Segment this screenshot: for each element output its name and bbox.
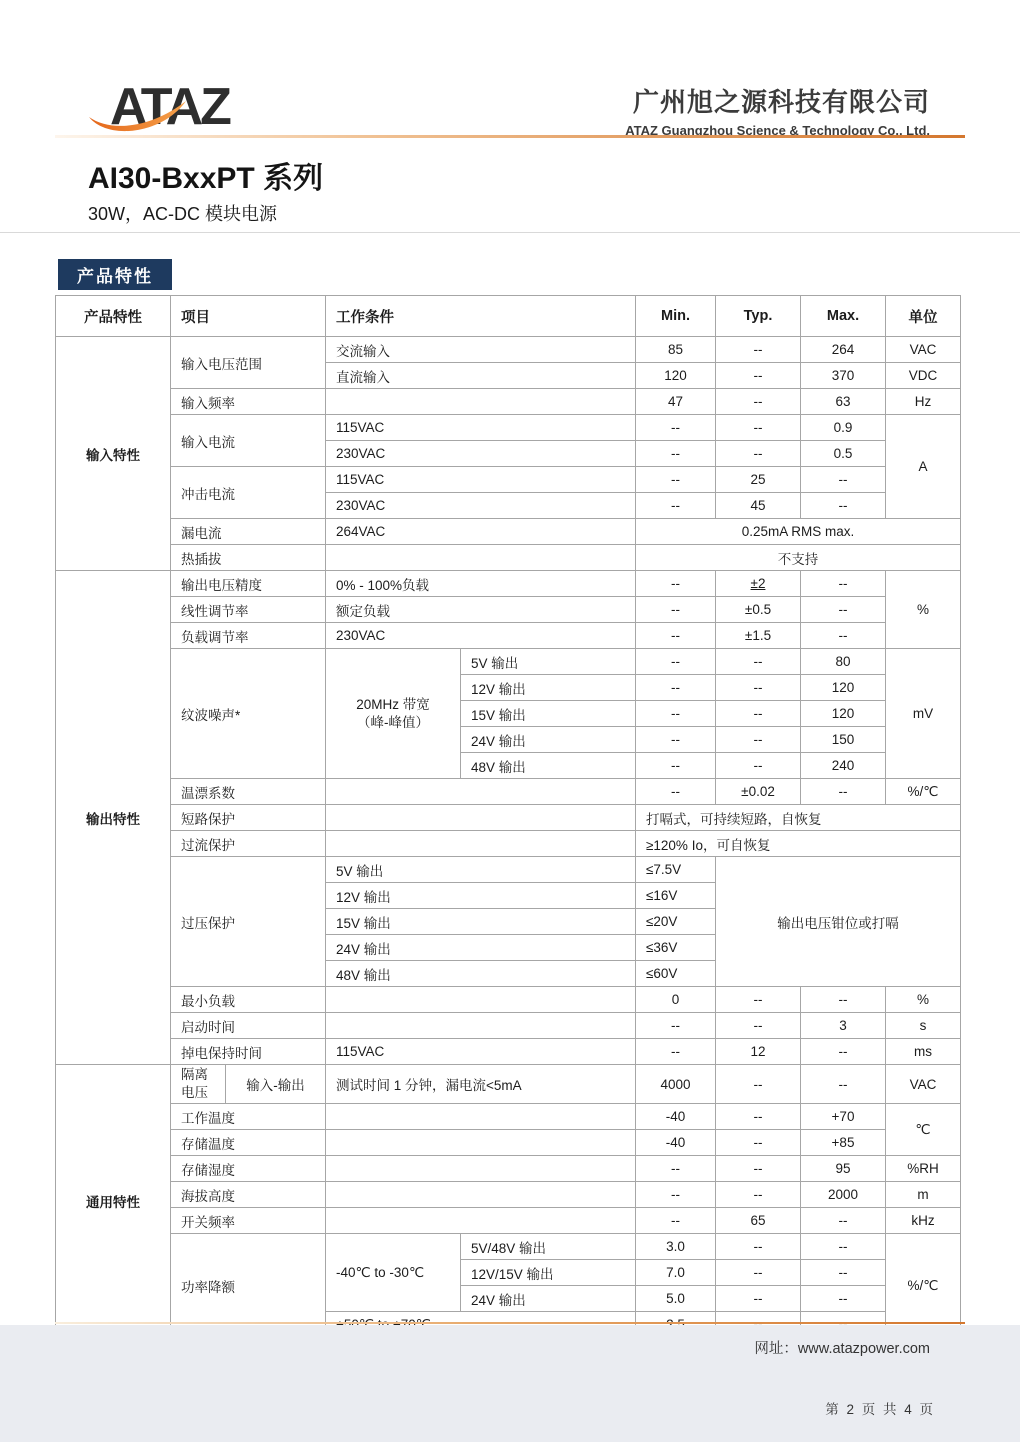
spec-cell: -- [801, 1260, 886, 1286]
spec-cell: ≤36V [636, 935, 716, 961]
header-accent-line [55, 135, 965, 138]
spec-cell: -- [801, 987, 886, 1013]
spec-cell: VDC [886, 363, 961, 389]
spec-cell: -- [636, 467, 716, 493]
spec-cell: -- [716, 363, 801, 389]
datasheet-page: ATAZ 广州旭之源科技有限公司 ATAZ Guangzhou Science … [0, 0, 1020, 1442]
spec-cell: 过流保护 [171, 831, 326, 857]
spec-cell: -40 [636, 1104, 716, 1130]
spec-cell: -- [636, 1208, 716, 1234]
table-row: 海拔高度----2000m [56, 1182, 961, 1208]
spec-cell: 5V 输出 [461, 649, 636, 675]
spec-cell: 15V 输出 [461, 701, 636, 727]
spec-cell: 20MHz 带宽 （峰-峰值） [326, 649, 461, 779]
table-row: 输入电流115VAC----0.9A [56, 415, 961, 441]
header-cell-typ: Typ. [716, 296, 801, 337]
spec-cell [326, 389, 636, 415]
spec-cell: -- [636, 571, 716, 597]
spec-cell: -- [716, 1065, 801, 1104]
spec-cell: 63 [801, 389, 886, 415]
spec-cell: -- [636, 415, 716, 441]
spec-table-header-row: 产品特性 项目 工作条件 Min. Typ. Max. 单位 [56, 296, 961, 337]
spec-cell: A [886, 415, 961, 519]
spec-cell: -- [716, 415, 801, 441]
spec-cell: VAC [886, 1065, 961, 1104]
spec-cell: -- [716, 337, 801, 363]
table-row: 温漂系数--±0.02--%/℃ [56, 779, 961, 805]
spec-cell: -- [716, 649, 801, 675]
spec-cell: -- [636, 1182, 716, 1208]
spec-cell [326, 779, 636, 805]
spec-cell: 5V 输出 [326, 857, 636, 883]
spec-category-cell: 输出特性 [56, 571, 171, 1065]
spec-table-body: 输入特性输入电压范围交流输入85--264VAC直流输入120--370VDC输… [56, 337, 961, 1338]
spec-cell: 3.0 [636, 1234, 716, 1260]
spec-cell: 240 [801, 753, 886, 779]
spec-cell: 0.9 [801, 415, 886, 441]
spec-cell: 0% - 100%负载 [326, 571, 636, 597]
spec-cell: 85 [636, 337, 716, 363]
spec-cell: 输出电压钳位或打嗝 [716, 857, 961, 987]
spec-cell: 4000 [636, 1065, 716, 1104]
spec-cell: 12V/15V 输出 [461, 1260, 636, 1286]
spec-cell: % [886, 987, 961, 1013]
spec-cell: 264 [801, 337, 886, 363]
spec-cell: ±0.02 [716, 779, 801, 805]
spec-cell: -- [716, 1156, 801, 1182]
spec-cell: 开关频率 [171, 1208, 326, 1234]
table-row: 热插拔不支持 [56, 545, 961, 571]
spec-cell: -- [636, 493, 716, 519]
spec-cell: -- [716, 753, 801, 779]
spec-cell: 12V 输出 [461, 675, 636, 701]
table-row: 掉电保持时间115VAC--12--ms [56, 1039, 961, 1065]
spec-cell: 48V 输出 [326, 961, 636, 987]
spec-cell [326, 831, 636, 857]
spec-cell: 输入电流 [171, 415, 326, 467]
spec-cell: -- [636, 675, 716, 701]
spec-cell: ±0.5 [716, 597, 801, 623]
spec-cell: -- [716, 1104, 801, 1130]
header-cell-min: Min. [636, 296, 716, 337]
spec-cell: 25 [716, 467, 801, 493]
header-cell-unit: 单位 [886, 296, 961, 337]
table-row: 输入频率47--63Hz [56, 389, 961, 415]
spec-cell: ≥120% Io，可自恢复 [636, 831, 961, 857]
spec-cell: ≤60V [636, 961, 716, 987]
spec-cell: 65 [716, 1208, 801, 1234]
spec-cell [326, 987, 636, 1013]
spec-cell: -- [801, 1065, 886, 1104]
table-row: 过压保护5V 输出≤7.5V输出电压钳位或打嗝 [56, 857, 961, 883]
spec-cell: -- [716, 441, 801, 467]
spec-cell: ms [886, 1039, 961, 1065]
table-row: 存储湿度----95%RH [56, 1156, 961, 1182]
spec-cell: -40℃ to -30℃ [326, 1234, 461, 1312]
spec-cell: -- [801, 597, 886, 623]
spec-cell: -- [716, 1286, 801, 1312]
spec-cell: 打嗝式，可持续短路，自恢复 [636, 805, 961, 831]
header-cell-item: 项目 [171, 296, 326, 337]
spec-cell: ±1.5 [716, 623, 801, 649]
spec-cell [326, 1182, 636, 1208]
spec-cell: -- [716, 1234, 801, 1260]
table-row: 漏电流264VAC0.25mA RMS max. [56, 519, 961, 545]
spec-cell: 热插拔 [171, 545, 326, 571]
spec-cell: 120 [636, 363, 716, 389]
spec-cell [326, 1104, 636, 1130]
spec-cell: ≤7.5V [636, 857, 716, 883]
spec-table: 产品特性 项目 工作条件 Min. Typ. Max. 单位 输入特性输入电压范… [55, 295, 961, 1338]
table-row: 启动时间----3s [56, 1013, 961, 1039]
spec-cell: 过压保护 [171, 857, 326, 987]
footer-website: 网址：www.atazpower.com [754, 1337, 930, 1358]
table-row: 存储温度-40--+85 [56, 1130, 961, 1156]
table-row: 最小负载0----% [56, 987, 961, 1013]
spec-cell: -- [801, 467, 886, 493]
spec-cell: 输入-输出 [226, 1065, 326, 1104]
spec-cell [326, 1156, 636, 1182]
spec-cell: 0.25mA RMS max. [636, 519, 961, 545]
table-row: 短路保护打嗝式，可持续短路，自恢复 [56, 805, 961, 831]
spec-cell: 测试时间 1 分钟，漏电流<5mA [326, 1065, 636, 1104]
table-row: 过流保护≥120% Io，可自恢复 [56, 831, 961, 857]
spec-cell: -- [801, 571, 886, 597]
spec-cell: 12V 输出 [326, 883, 636, 909]
spec-cell: 启动时间 [171, 1013, 326, 1039]
spec-cell: 不支持 [636, 545, 961, 571]
spec-cell: 45 [716, 493, 801, 519]
table-row: 输出特性输出电压精度0% - 100%负载--±2--% [56, 571, 961, 597]
spec-cell: -- [636, 753, 716, 779]
table-row: 负载调节率230VAC--±1.5-- [56, 623, 961, 649]
spec-cell: 最小负载 [171, 987, 326, 1013]
spec-cell: -- [801, 779, 886, 805]
table-row: 线性调节率额定负载--±0.5-- [56, 597, 961, 623]
spec-cell: %RH [886, 1156, 961, 1182]
spec-cell: -- [716, 1130, 801, 1156]
spec-cell: -- [716, 701, 801, 727]
spec-cell: mV [886, 649, 961, 779]
spec-cell: -- [801, 493, 886, 519]
spec-cell: 温漂系数 [171, 779, 326, 805]
spec-cell: 115VAC [326, 467, 636, 493]
spec-cell: ≤20V [636, 909, 716, 935]
ataz-logo-graphic: ATAZ [86, 76, 286, 138]
spec-cell: 264VAC [326, 519, 636, 545]
spec-cell: 24V 输出 [326, 935, 636, 961]
spec-cell: 隔离 电压 [171, 1065, 226, 1104]
spec-cell [326, 545, 636, 571]
spec-cell: 48V 输出 [461, 753, 636, 779]
spec-cell: 80 [801, 649, 886, 675]
spec-cell: -- [716, 675, 801, 701]
spec-cell [326, 1130, 636, 1156]
footer-accent-line [55, 1322, 965, 1324]
spec-cell: -- [636, 597, 716, 623]
spec-cell: -- [716, 727, 801, 753]
spec-cell: 漏电流 [171, 519, 326, 545]
spec-cell: -- [636, 623, 716, 649]
spec-cell: -- [636, 649, 716, 675]
spec-cell: -- [636, 779, 716, 805]
spec-cell [326, 1013, 636, 1039]
ataz-logo: ATAZ [86, 76, 286, 138]
spec-cell: 120 [801, 701, 886, 727]
spec-cell: ≤16V [636, 883, 716, 909]
spec-cell: 24V 输出 [461, 1286, 636, 1312]
spec-cell: 纹波噪声* [171, 649, 326, 779]
spec-cell: 115VAC [326, 415, 636, 441]
spec-cell: -- [801, 1208, 886, 1234]
table-row: 通用特性隔离 电压输入-输出测试时间 1 分钟，漏电流<5mA4000----V… [56, 1065, 961, 1104]
spec-cell: -40 [636, 1130, 716, 1156]
spec-cell: 150 [801, 727, 886, 753]
spec-cell: +85 [801, 1130, 886, 1156]
series-title: AI30-BxxPT 系列 [88, 153, 323, 197]
spec-cell: 直流输入 [326, 363, 636, 389]
spec-cell: ±2 [716, 571, 801, 597]
spec-cell: 海拔高度 [171, 1182, 326, 1208]
spec-cell: -- [801, 623, 886, 649]
footer-page-number: 第 2 页 共 4 页 [825, 1398, 935, 1418]
spec-cell: 120 [801, 675, 886, 701]
series-subtitle: 30W，AC-DC 模块电源 [88, 200, 277, 226]
spec-cell: 线性调节率 [171, 597, 326, 623]
spec-cell [326, 805, 636, 831]
spec-cell: VAC [886, 337, 961, 363]
spec-cell: 2000 [801, 1182, 886, 1208]
spec-cell: 230VAC [326, 493, 636, 519]
company-block: 广州旭之源科技有限公司 ATAZ Guangzhou Science & Tec… [625, 82, 930, 138]
spec-cell: -- [636, 701, 716, 727]
spec-cell: -- [716, 987, 801, 1013]
spec-cell: 230VAC [326, 441, 636, 467]
spec-cell: s [886, 1013, 961, 1039]
table-row: 输入特性输入电压范围交流输入85--264VAC [56, 337, 961, 363]
spec-cell: 输入频率 [171, 389, 326, 415]
spec-cell: 存储湿度 [171, 1156, 326, 1182]
section-badge: 产品特性 [58, 259, 172, 290]
spec-cell: 95 [801, 1156, 886, 1182]
spec-cell: 输出电压精度 [171, 571, 326, 597]
header-cell-max: Max. [801, 296, 886, 337]
spec-cell: -- [636, 1013, 716, 1039]
table-row: 功率降额-40℃ to -30℃5V/48V 输出3.0----%/℃ [56, 1234, 961, 1260]
spec-cell: 230VAC [326, 623, 636, 649]
spec-cell: 370 [801, 363, 886, 389]
spec-cell: % [886, 571, 961, 649]
spec-cell: 额定负载 [326, 597, 636, 623]
spec-cell: 存储温度 [171, 1130, 326, 1156]
spec-cell: -- [716, 1260, 801, 1286]
spec-cell: m [886, 1182, 961, 1208]
spec-category-cell: 通用特性 [56, 1065, 171, 1338]
title-divider [0, 232, 1020, 233]
spec-cell: 交流输入 [326, 337, 636, 363]
spec-cell: -- [801, 1286, 886, 1312]
spec-cell: -- [636, 441, 716, 467]
spec-cell: -- [801, 1234, 886, 1260]
spec-cell: +70 [801, 1104, 886, 1130]
spec-cell: -- [716, 1013, 801, 1039]
spec-cell: -- [636, 1156, 716, 1182]
spec-cell: 短路保护 [171, 805, 326, 831]
company-name-cn: 广州旭之源科技有限公司 [625, 82, 930, 119]
spec-cell: 掉电保持时间 [171, 1039, 326, 1065]
spec-cell: kHz [886, 1208, 961, 1234]
spec-cell: ℃ [886, 1104, 961, 1156]
spec-cell: 5V/48V 输出 [461, 1234, 636, 1260]
spec-cell: 24V 输出 [461, 727, 636, 753]
spec-cell: 0.5 [801, 441, 886, 467]
spec-cell: 输入电压范围 [171, 337, 326, 389]
header-cell-condition: 工作条件 [326, 296, 636, 337]
spec-cell: -- [636, 727, 716, 753]
spec-cell: 3 [801, 1013, 886, 1039]
table-row: 工作温度-40--+70℃ [56, 1104, 961, 1130]
spec-cell: 12 [716, 1039, 801, 1065]
spec-cell: 47 [636, 389, 716, 415]
table-row: 冲击电流115VAC--25-- [56, 467, 961, 493]
spec-cell: 负载调节率 [171, 623, 326, 649]
spec-category-cell: 输入特性 [56, 337, 171, 571]
spec-cell: 115VAC [326, 1039, 636, 1065]
spec-cell: -- [801, 1039, 886, 1065]
spec-cell: 工作温度 [171, 1104, 326, 1130]
table-row: 纹波噪声*20MHz 带宽 （峰-峰值）5V 输出----80mV [56, 649, 961, 675]
header-cell-category: 产品特性 [56, 296, 171, 337]
table-row: 开关频率--65--kHz [56, 1208, 961, 1234]
spec-cell: Hz [886, 389, 961, 415]
spec-cell: %/℃ [886, 779, 961, 805]
spec-cell: -- [716, 1182, 801, 1208]
spec-cell: 5.0 [636, 1286, 716, 1312]
spec-cell: 冲击电流 [171, 467, 326, 519]
spec-cell: 0 [636, 987, 716, 1013]
spec-cell: 15V 输出 [326, 909, 636, 935]
spec-cell: 7.0 [636, 1260, 716, 1286]
spec-cell [326, 1208, 636, 1234]
spec-cell: -- [716, 389, 801, 415]
spec-cell: -- [636, 1039, 716, 1065]
